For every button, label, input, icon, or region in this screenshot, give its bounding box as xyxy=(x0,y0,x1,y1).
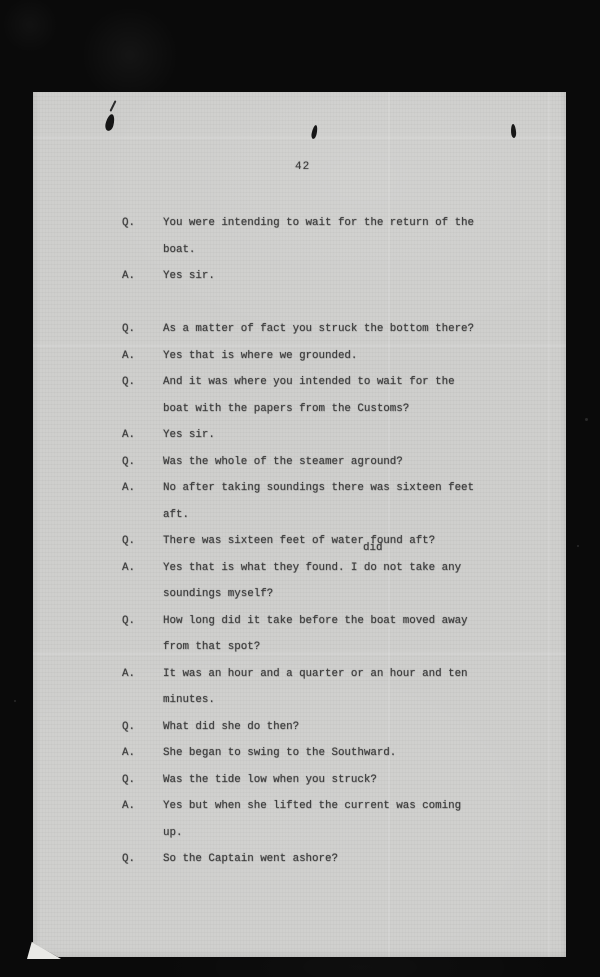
dust-speck xyxy=(577,545,579,547)
qa-text: Yes that is where we grounded. xyxy=(163,343,566,370)
qa-line: Yes that is where we grounded. xyxy=(163,343,566,370)
qa-marker: Q. xyxy=(122,316,163,343)
qa-line: How long did it take before the boat mov… xyxy=(163,608,566,635)
qa-line: Yes but when she lifted the current was … xyxy=(163,793,566,820)
qa-transcript: Q.You were intending to wait for the ret… xyxy=(33,210,566,873)
qa-text: Was the tide low when you struck? xyxy=(163,767,566,794)
qa-line: Yes sir. xyxy=(163,422,566,449)
qa-marker: Q. xyxy=(122,210,163,237)
qa-marker: Q. xyxy=(122,714,163,741)
qa-entry: Q.And it was where you intended to wait … xyxy=(33,369,566,422)
qa-entry: Q.There was sixteen feet of water found … xyxy=(33,528,566,555)
qa-line: boat. xyxy=(163,237,566,264)
qa-entry: Q.Was the whole of the steamer aground? xyxy=(33,449,566,476)
qa-text: She began to swing to the Southward. xyxy=(163,740,566,767)
qa-line: You were intending to wait for the retur… xyxy=(163,210,566,237)
qa-line: from that spot? xyxy=(163,634,566,661)
qa-entry: A.Yes sir. xyxy=(33,263,566,290)
dust-speck xyxy=(585,418,588,421)
qa-line: soundings myself? xyxy=(163,581,566,608)
qa-marker: A. xyxy=(122,422,163,449)
qa-line: It was an hour and a quarter or an hour … xyxy=(163,661,566,688)
qa-line: And it was where you intended to wait fo… xyxy=(163,369,566,396)
qa-entry: Q.Was the tide low when you struck? xyxy=(33,767,566,794)
qa-line: minutes. xyxy=(163,687,566,714)
qa-entry: A.She began to swing to the Southward. xyxy=(33,740,566,767)
qa-line: Was the tide low when you struck? xyxy=(163,767,566,794)
qa-marker: Q. xyxy=(122,767,163,794)
qa-text: Was the whole of the steamer aground? xyxy=(163,449,566,476)
qa-entry: A.Yes but when she lifted the current wa… xyxy=(33,793,566,846)
qa-entry: A.It was an hour and a quarter or an hou… xyxy=(33,661,566,714)
qa-text: What did she do then? xyxy=(163,714,566,741)
qa-entry: A.Yes sir. xyxy=(33,422,566,449)
qa-line: What did she do then? xyxy=(163,714,566,741)
qa-text: As a matter of fact you struck the botto… xyxy=(163,316,566,343)
qa-line: aft. xyxy=(163,502,566,529)
qa-entry: A.Yes that is what they found. I do not … xyxy=(33,555,566,608)
qa-line: Yes that is what they found. I do not ta… xyxy=(163,555,566,582)
qa-marker: A. xyxy=(122,661,163,688)
ink-speck-tail xyxy=(109,100,116,112)
qa-entry: Q.As a matter of fact you struck the bot… xyxy=(33,316,566,343)
qa-line: boat with the papers from the Customs? xyxy=(163,396,566,423)
qa-marker: A. xyxy=(122,740,163,767)
dust-speck xyxy=(14,700,16,702)
qa-text: And it was where you intended to wait fo… xyxy=(163,369,566,422)
qa-marker: A. xyxy=(122,555,163,582)
scanned-document-page: 42 Q.You were intending to wait for the … xyxy=(33,92,566,957)
page-number: 42 xyxy=(295,161,310,173)
qa-text: No after taking soundings there was sixt… xyxy=(163,475,566,528)
qa-entry: Q.How long did it take before the boat m… xyxy=(33,608,566,661)
qa-text: Yes sir. xyxy=(163,422,566,449)
qa-text: Yes but when she lifted the current was … xyxy=(163,793,566,846)
qa-text: So the Captain went ashore? xyxy=(163,846,566,873)
qa-line: up. xyxy=(163,820,566,847)
qa-entry: Q.You were intending to wait for the ret… xyxy=(33,210,566,263)
qa-text: How long did it take before the boat mov… xyxy=(163,608,566,661)
qa-line: She began to swing to the Southward. xyxy=(163,740,566,767)
qa-marker: A. xyxy=(122,263,163,290)
qa-marker: Q. xyxy=(122,846,163,873)
qa-line: So the Captain went ashore? xyxy=(163,846,566,873)
ink-speck xyxy=(104,113,116,131)
qa-marker: A. xyxy=(122,343,163,370)
qa-entry: Q.What did she do then? xyxy=(33,714,566,741)
qa-entry: A.No after taking soundings there was si… xyxy=(33,475,566,528)
blank-line xyxy=(33,290,566,317)
qa-line: Was the whole of the steamer aground? xyxy=(163,449,566,476)
qa-line: As a matter of fact you struck the botto… xyxy=(163,316,566,343)
qa-entry: A.Yes that is where we grounded. xyxy=(33,343,566,370)
qa-marker: Q. xyxy=(122,528,163,555)
qa-text: You were intending to wait for the retur… xyxy=(163,210,566,263)
typed-interline-correction: did xyxy=(363,542,382,554)
qa-text: Yes that is what they found. I do not ta… xyxy=(163,555,566,608)
ink-speck xyxy=(511,124,517,138)
scan-streak-horizontal xyxy=(33,136,566,139)
qa-marker: A. xyxy=(122,793,163,820)
qa-entry: Q.So the Captain went ashore? xyxy=(33,846,566,873)
qa-marker: Q. xyxy=(122,369,163,396)
qa-marker: A. xyxy=(122,475,163,502)
qa-line: No after taking soundings there was sixt… xyxy=(163,475,566,502)
qa-marker: Q. xyxy=(122,608,163,635)
qa-line: Yes sir. xyxy=(163,263,566,290)
qa-marker: Q. xyxy=(122,449,163,476)
qa-text: Yes sir. xyxy=(163,263,566,290)
qa-text: It was an hour and a quarter or an hour … xyxy=(163,661,566,714)
